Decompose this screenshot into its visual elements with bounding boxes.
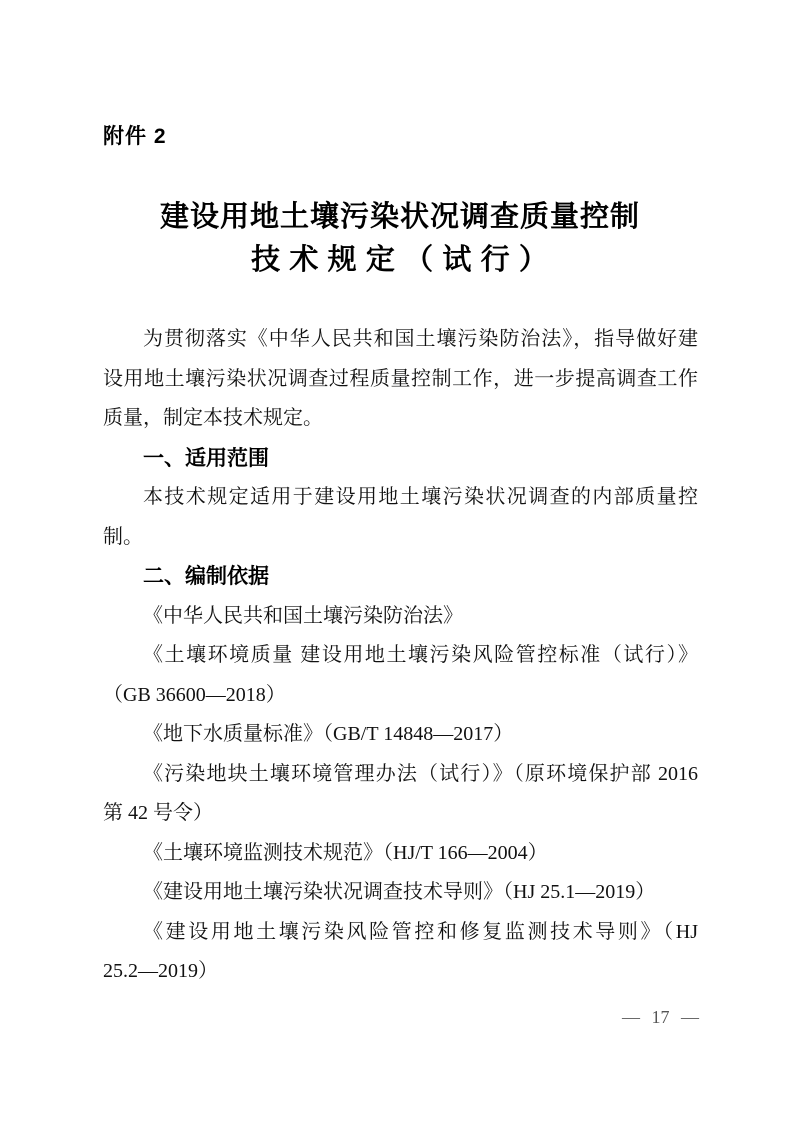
text-line: 本技术规定适用于建设用地土壤污染状况调查的内部质量控 xyxy=(103,478,698,518)
page-number: — 17 — xyxy=(622,1005,699,1029)
text-line: 25.2—2019） xyxy=(103,952,698,992)
text-line: 《土壤环境质量 建设用地土壤污染风险管控标准（试行）》 xyxy=(103,636,698,676)
text-line: 设用地土壤污染状况调查过程质量控制工作，进一步提高调查工作 xyxy=(103,360,698,400)
document-title: 建设用地土壤污染状况调查质量控制 技 术 规 定 （ 试 行 ） xyxy=(0,196,800,282)
text-line: 制。 xyxy=(103,518,698,558)
text-line: 第 42 号令） xyxy=(103,794,698,834)
title-line-2: 技 术 规 定 （ 试 行 ） xyxy=(0,239,800,282)
document-body: 为贯彻落实《中华人民共和国土壤污染防治法》，指导做好建设用地土壤污染状况调查过程… xyxy=(103,320,698,992)
document-page: 附件 2 建设用地土壤污染状况调查质量控制 技 术 规 定 （ 试 行 ） 为贯… xyxy=(0,0,800,1132)
section-heading: 一、适用范围 xyxy=(103,439,698,479)
text-line: 为贯彻落实《中华人民共和国土壤污染防治法》，指导做好建 xyxy=(103,320,698,360)
attachment-label: 附件 2 xyxy=(103,123,167,151)
title-line-1: 建设用地土壤污染状况调查质量控制 xyxy=(0,196,800,239)
text-line: 质量，制定本技术规定。 xyxy=(103,399,698,439)
text-line: （GB 36600—2018） xyxy=(103,676,698,716)
text-line: 《中华人民共和国土壤污染防治法》 xyxy=(103,597,698,637)
text-line: 《土壤环境监测技术规范》（HJ/T 166—2004） xyxy=(103,834,698,874)
section-heading: 二、编制依据 xyxy=(103,557,698,597)
text-line: 《地下水质量标准》（GB/T 14848—2017） xyxy=(103,715,698,755)
text-line: 《污染地块土壤环境管理办法（试行）》（原环境保护部 2016 xyxy=(103,755,698,795)
text-line: 《建设用地土壤污染风险管控和修复监测技术导则》（HJ xyxy=(103,913,698,953)
text-line: 《建设用地土壤污染状况调查技术导则》（HJ 25.1—2019） xyxy=(103,873,698,913)
